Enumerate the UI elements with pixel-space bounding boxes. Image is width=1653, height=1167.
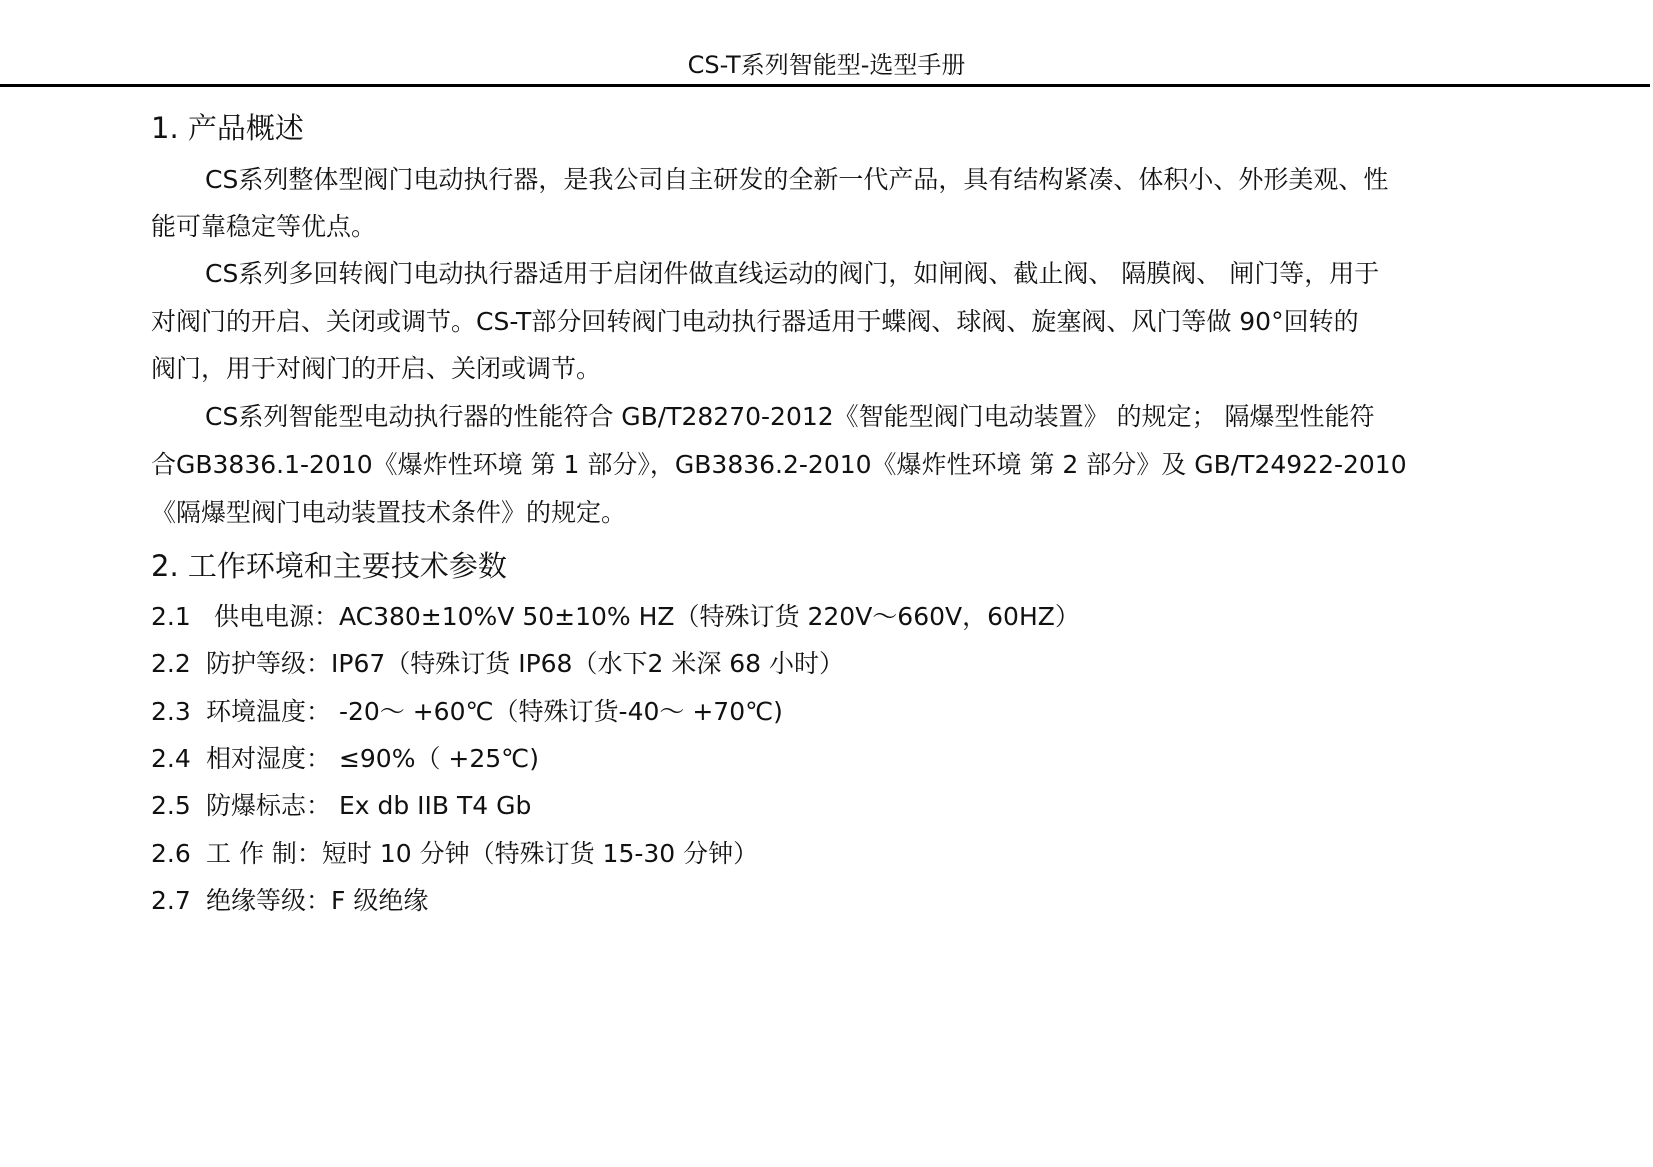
spec-number: 2.4 [151, 741, 206, 777]
document-title: CS-T系列智能型-选型手册 [0, 50, 1653, 80]
spec-item-relative-humidity: 2.4相对湿度： ≤90%（ +25℃) [151, 741, 539, 777]
paragraph-line: 阀门，用于对阀门的开启、关闭或调节。 [151, 351, 601, 387]
spec-text: 防爆标志： Ex db IIB T4 Gb [206, 791, 531, 820]
spec-number: 2.7 [151, 883, 206, 919]
spec-text: 相对湿度： ≤90%（ +25℃) [206, 744, 539, 773]
header-divider [0, 84, 1650, 87]
spec-item-ambient-temperature: 2.3环境温度： -20～ +60℃（特殊订货-40～ +70℃) [151, 694, 783, 730]
spec-text: 供电电源：AC380±10%V 50±10% HZ（特殊订货 220V～660V… [206, 602, 1080, 631]
spec-number: 2.6 [151, 836, 206, 872]
paragraph-line: CS系列整体型阀门电动执行器，是我公司自主研发的全新一代产品，具有结构紧凑、体积… [205, 162, 1388, 198]
paragraph-line: CS系列智能型电动执行器的性能符合 GB/T28270-2012《智能型阀门电动… [205, 399, 1375, 435]
spec-number: 2.3 [151, 694, 206, 730]
spec-number: 2.5 [151, 788, 206, 824]
spec-item-protection-class: 2.2防护等级：IP67（特殊订货 IP68（水下2 米深 68 小时） [151, 646, 844, 682]
paragraph-line: 能可靠稳定等优点。 [151, 209, 376, 245]
spec-number: 2.1 [151, 599, 206, 635]
spec-text: 绝缘等级：F 级绝缘 [206, 886, 428, 915]
paragraph-line: CS系列多回转阀门电动执行器适用于启闭件做直线运动的阀门，如闸阀、截止阀、 隔膜… [205, 256, 1379, 292]
page-header: CS-T系列智能型-选型手册 [0, 0, 1653, 88]
spec-text: 防护等级：IP67（特殊订货 IP68（水下2 米深 68 小时） [206, 649, 844, 678]
section-2-heading: 2. 工作环境和主要技术参数 [151, 546, 507, 586]
spec-text: 工 作 制：短时 10 分钟（特殊订货 15-30 分钟） [206, 839, 758, 868]
paragraph-line: 合GB3836.1-2010《爆炸性环境 第 1 部分》，GB3836.2-20… [151, 447, 1407, 483]
spec-text: 环境温度： -20～ +60℃（特殊订货-40～ +70℃) [206, 697, 783, 726]
paragraph-line: 对阀门的开启、关闭或调节。CS-T部分回转阀门电动执行器适用于蝶阀、球阀、旋塞阀… [151, 304, 1359, 340]
spec-item-power-supply: 2.1 供电电源：AC380±10%V 50±10% HZ（特殊订货 220V～… [151, 599, 1080, 635]
paragraph-line: 《隔爆型阀门电动装置技术条件》的规定。 [151, 495, 626, 531]
spec-item-explosion-proof-mark: 2.5防爆标志： Ex db IIB T4 Gb [151, 788, 531, 824]
spec-item-insulation-class: 2.7绝缘等级：F 级绝缘 [151, 883, 428, 919]
spec-number: 2.2 [151, 646, 206, 682]
spec-item-duty-cycle: 2.6工 作 制：短时 10 分钟（特殊订货 15-30 分钟） [151, 836, 758, 872]
section-1-heading: 1. 产品概述 [151, 108, 304, 148]
